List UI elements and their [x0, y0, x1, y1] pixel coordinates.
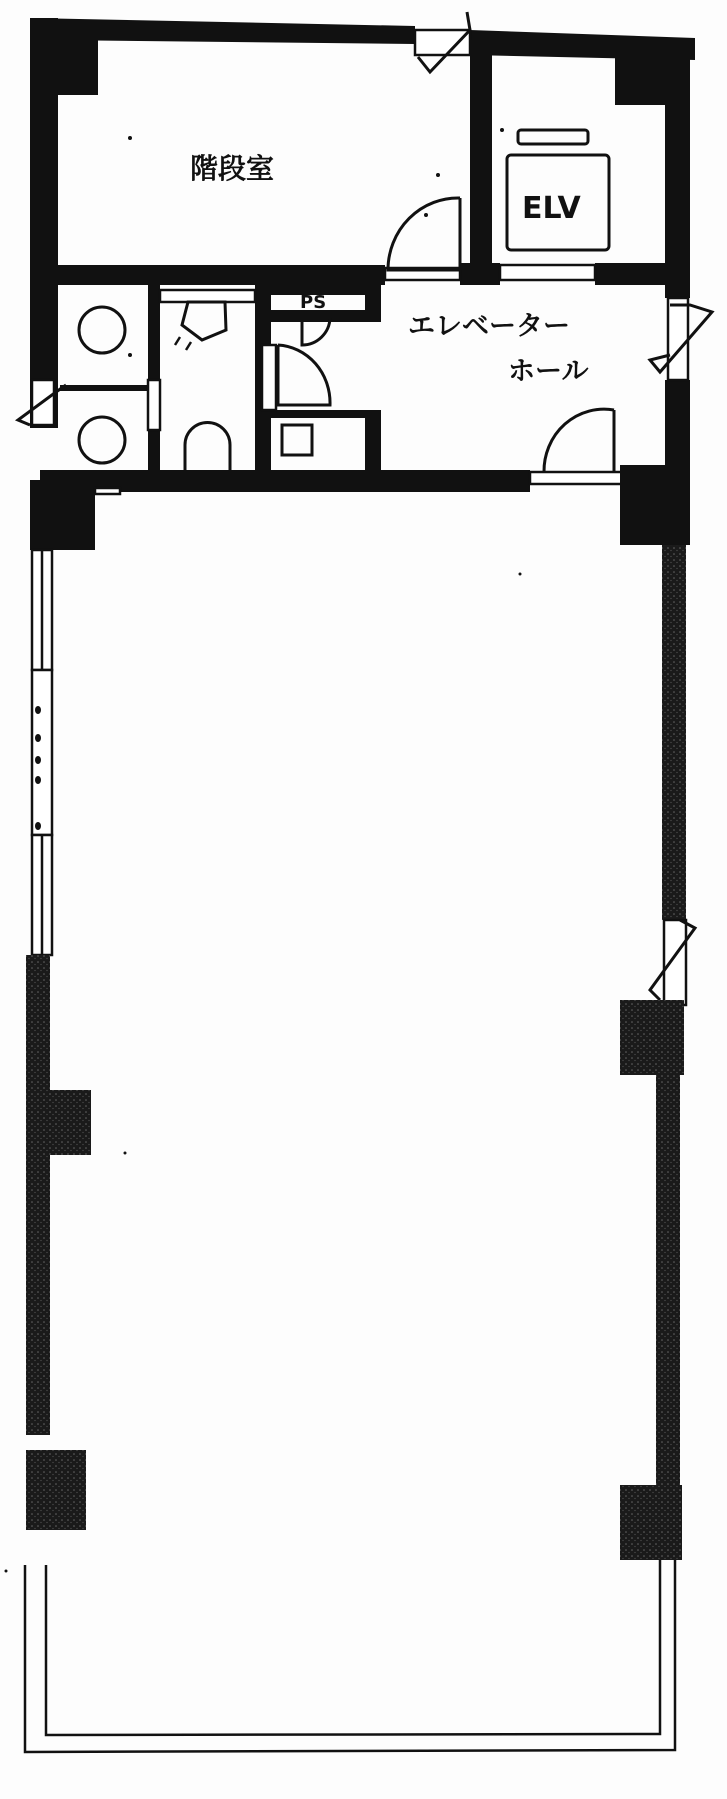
elevator-hall-label-line2: ホール [508, 356, 588, 387]
elevator-car: ELV [507, 130, 609, 250]
hall-door-swing [544, 409, 614, 472]
floor-plan: 階段室 ELV PS エレベーター ホール [0, 0, 727, 1799]
elevator-hall-label-line1: エレベーター [408, 311, 570, 342]
main-room-walls [26, 545, 695, 1560]
stair-room-label: 階段室 [190, 152, 274, 185]
interior-walls [30, 40, 690, 550]
elevator-label: ELV [522, 191, 581, 226]
washroom-fixtures [262, 318, 330, 455]
left-wall-window [18, 380, 66, 425]
top-wall-window [415, 12, 470, 72]
stair-door-swing [388, 198, 460, 270]
toilet [148, 290, 255, 475]
balcony [25, 1560, 675, 1752]
ps-label: PS [300, 292, 326, 313]
hall-right-window [650, 298, 712, 380]
